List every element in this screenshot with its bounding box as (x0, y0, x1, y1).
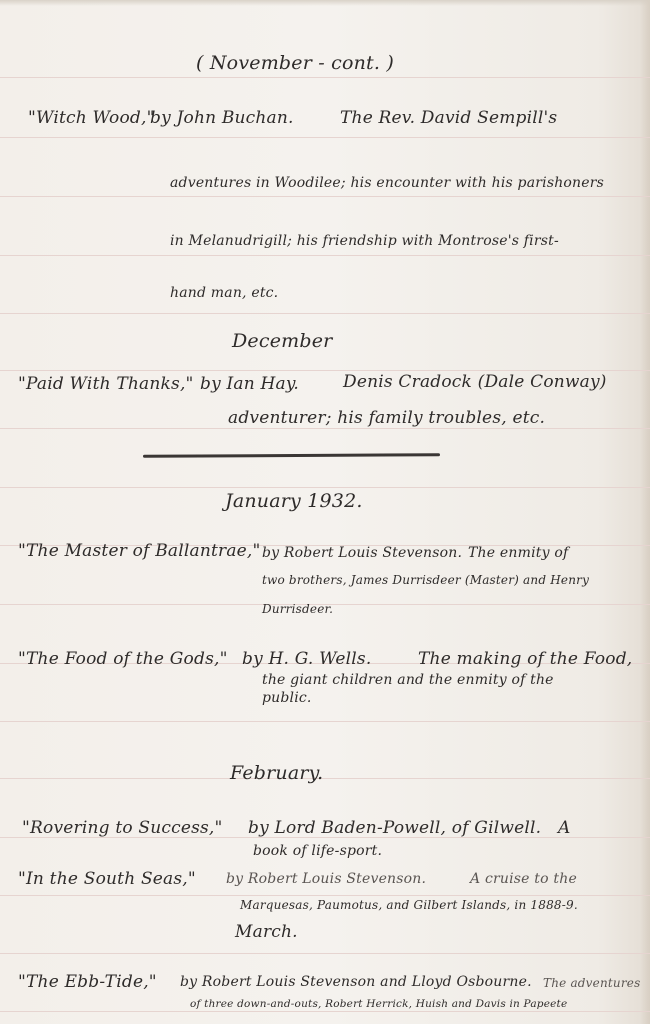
ruled-line (0, 895, 650, 896)
book-summary-line: The Rev. David Sempill's (340, 108, 557, 128)
book-title: "Paid With Thanks," (18, 374, 194, 394)
book-summary-line: The enmity of (468, 545, 568, 561)
ruled-line (0, 1011, 650, 1012)
notebook-page: ( November - cont. ) "Witch Wood," by Jo… (0, 0, 650, 1024)
ruled-line (0, 77, 650, 78)
book-author: by Ian Hay. (200, 374, 299, 394)
book-title: "Rovering to Success," (22, 818, 223, 838)
book-summary-line: public. (262, 690, 312, 706)
book-title: "The Ebb-Tide," (18, 972, 157, 992)
book-summary-line: adventurer; his family troubles, etc. (228, 408, 545, 428)
section-heading-november: ( November - cont. ) (196, 52, 394, 74)
ruled-line (0, 428, 650, 429)
book-summary-line: A (558, 818, 570, 838)
book-summary-line: Durrisdeer. (262, 602, 333, 616)
book-author: by H. G. Wells. (242, 649, 371, 669)
book-title: "In the South Seas," (18, 869, 196, 889)
section-divider-line (143, 453, 440, 458)
book-summary-line: two brothers, James Durrisdeer (Master) … (262, 573, 589, 587)
ruled-line (0, 196, 650, 197)
book-title: "Witch Wood," (28, 108, 155, 128)
book-summary-line: Denis Cradock (Dale Conway) (343, 372, 607, 392)
book-summary-line: book of life-sport. (253, 843, 382, 859)
ruled-line (0, 953, 650, 954)
page-edge-shadow (640, 0, 650, 1024)
book-summary-line: The adventures (543, 976, 640, 990)
book-summary-line: Marquesas, Paumotus, and Gilbert Islands… (240, 898, 578, 912)
ruled-line (0, 255, 650, 256)
book-summary-line: The making of the Food, (418, 649, 632, 669)
section-heading-february: February. (230, 762, 323, 784)
book-author: by Lord Baden-Powell, of Gilwell. (248, 818, 541, 838)
book-summary-line: of three down-and-outs, Robert Herrick, … (190, 998, 567, 1010)
ruled-line (0, 137, 650, 138)
book-title: "The Food of the Gods," (18, 649, 228, 669)
ruled-line (0, 313, 650, 314)
section-heading-december: December (232, 330, 332, 352)
book-summary-line: adventures in Woodilee; his encounter wi… (170, 175, 604, 191)
book-title: "The Master of Ballantrae," (18, 541, 261, 561)
book-author: by Robert Louis Stevenson. (226, 871, 426, 887)
ruled-line (0, 370, 650, 371)
book-author: by Robert Louis Stevenson and Lloyd Osbo… (180, 974, 532, 990)
book-author: by Robert Louis Stevenson. (262, 545, 462, 561)
book-summary-line: the giant children and the enmity of the (262, 672, 554, 688)
book-summary-line: in Melanudrigill; his friendship with Mo… (170, 233, 559, 249)
section-heading-march: March. (235, 922, 298, 942)
book-summary-line: A cruise to the (470, 871, 577, 887)
ruled-line (0, 487, 650, 488)
section-heading-january: January 1932. (225, 490, 363, 512)
book-summary-line: hand man, etc. (170, 285, 278, 301)
ruled-line (0, 778, 650, 779)
book-author: by John Buchan. (150, 108, 294, 128)
ruled-line (0, 721, 650, 722)
